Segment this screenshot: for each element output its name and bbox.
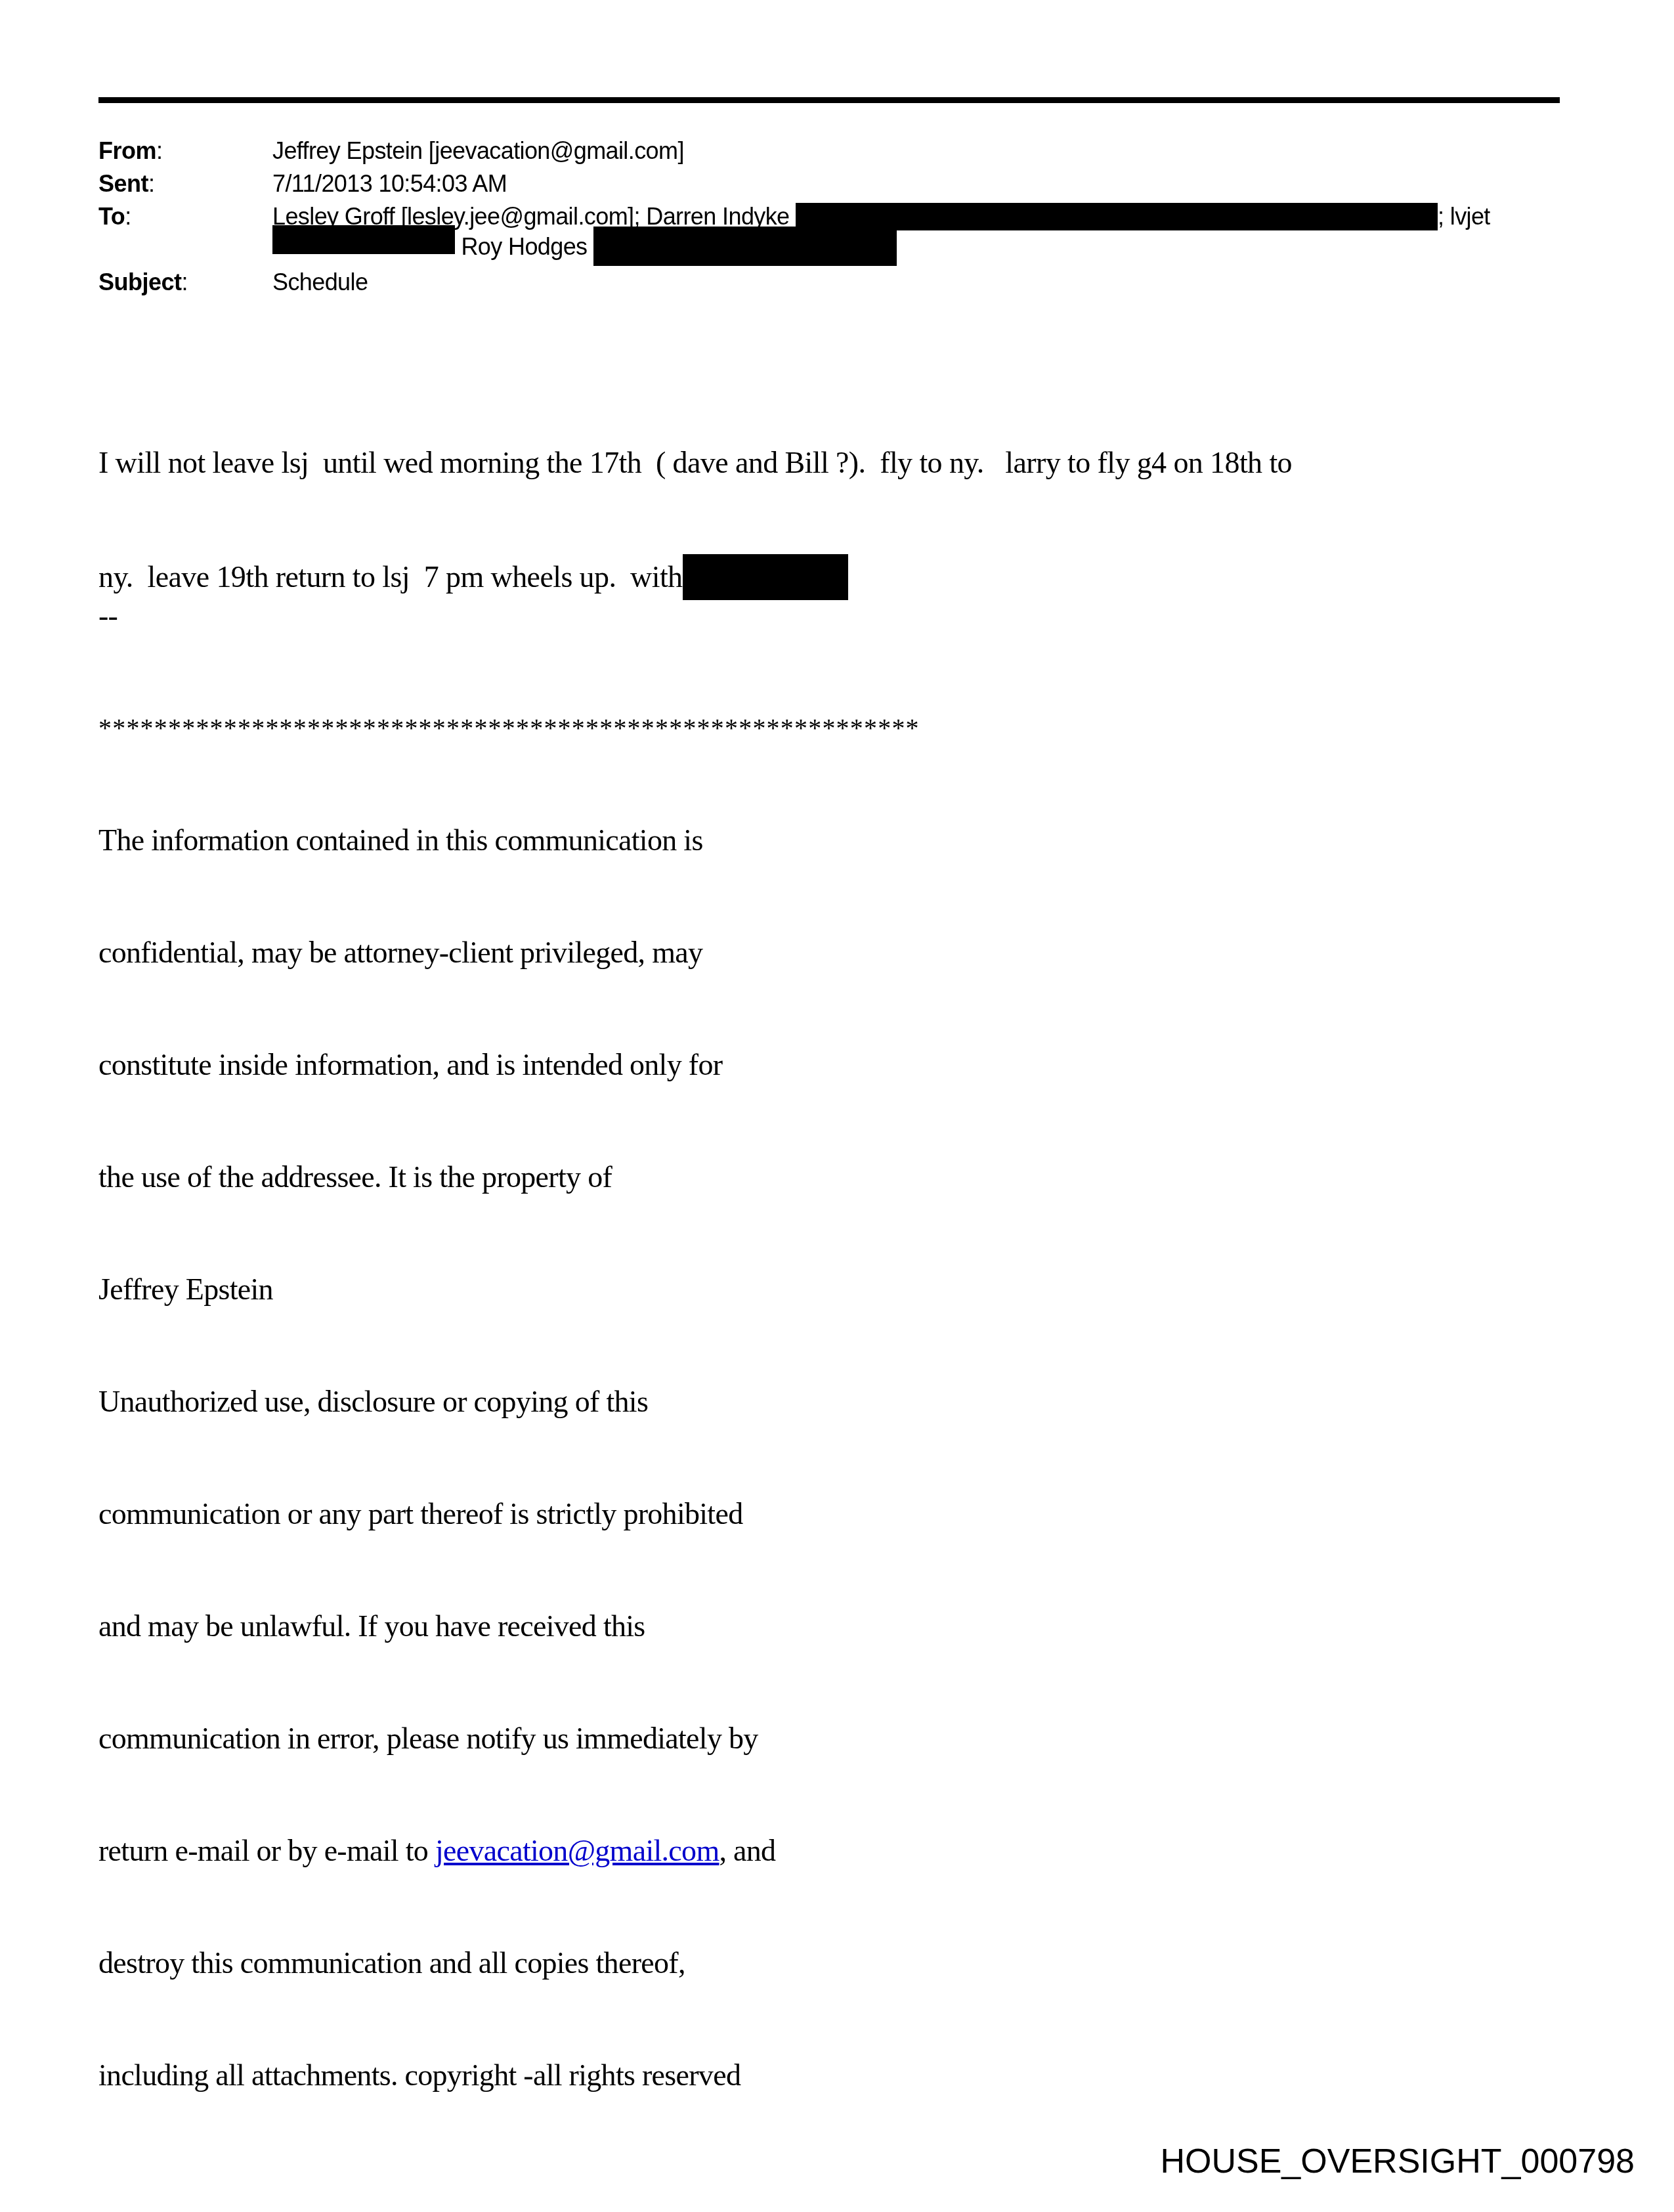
email-link[interactable]: jeevacation@gmail.com (435, 1834, 719, 1867)
disclaimer-line: confidential, may be attorney-client pri… (98, 934, 920, 971)
disclaimer-line: and may be unlawful. If you have receive… (98, 1607, 920, 1645)
sent-label: Sent: (98, 167, 155, 200)
header-rule (98, 97, 1560, 103)
email-signature: -- *************************************… (98, 522, 920, 2169)
disclaimer-line: return e-mail or by e-mail to jeevacatio… (98, 1832, 920, 1869)
from-value: Jeffrey Epstein [jeevacation@gmail.com] (272, 135, 684, 167)
disclaimer-line: communication or any part thereof is str… (98, 1495, 920, 1532)
disclaimer-line: The information contained in this commun… (98, 821, 920, 859)
to-label: To: (98, 200, 131, 233)
to-value-line2: Roy Hodges (272, 230, 897, 266)
redaction-block (272, 225, 455, 254)
to-recipients-text-3: Roy Hodges (455, 233, 593, 260)
subject-label: Subject: (98, 266, 188, 299)
subject-value: Schedule (272, 266, 368, 299)
disclaimer-line: including all attachments. copyright -al… (98, 2056, 920, 2094)
signature-dashes: -- (98, 597, 920, 634)
from-label: From: (98, 135, 163, 167)
disclaimer-line: communication in error, please notify us… (98, 1720, 920, 1757)
disclaimer-line: Jeffrey Epstein (98, 1270, 920, 1308)
disclaimer-line: Unauthorized use, disclosure or copying … (98, 1383, 920, 1420)
disclaimer-line: constitute inside information, and is in… (98, 1046, 920, 1083)
to-recipients-text-2: ; lvjet (1438, 203, 1490, 230)
bates-number: HOUSE_OVERSIGHT_000798 (1160, 2142, 1635, 2181)
redaction-block (593, 227, 897, 266)
signature-separator: ****************************************… (98, 709, 920, 747)
document-page: From: Jeffrey Epstein [jeevacation@gmail… (0, 0, 1674, 2212)
body-line: I will not leave lsj until wed morning t… (98, 444, 1543, 482)
disclaimer-line: the use of the addressee. It is the prop… (98, 1158, 920, 1196)
disclaimer-line: destroy this communication and all copie… (98, 1944, 920, 1982)
sent-value: 7/11/2013 10:54:03 AM (272, 167, 507, 200)
